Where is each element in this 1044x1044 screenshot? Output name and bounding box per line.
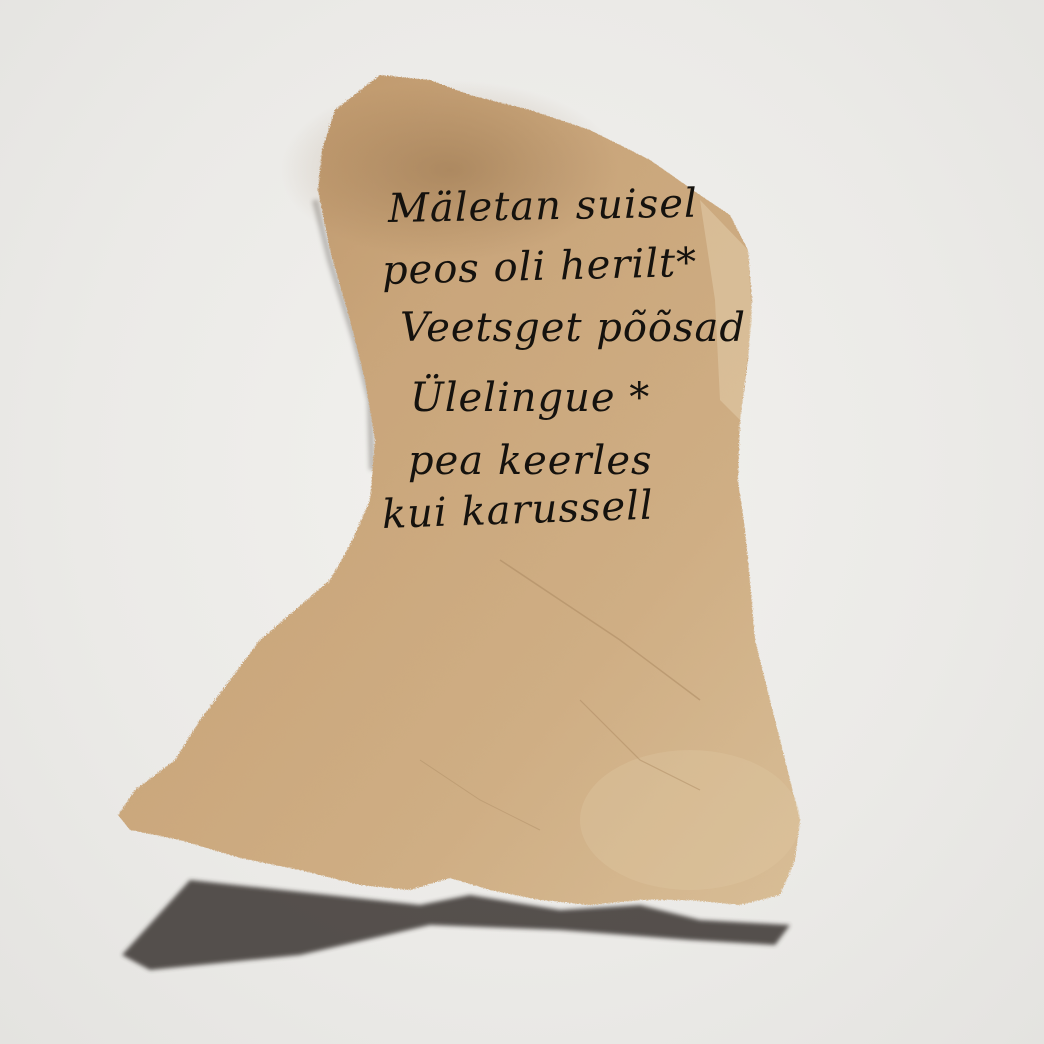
torn-paper-graphic xyxy=(0,0,1044,1044)
photo-scene: Mäletan suisel peos oli herilt* Veetsget… xyxy=(0,0,1044,1044)
